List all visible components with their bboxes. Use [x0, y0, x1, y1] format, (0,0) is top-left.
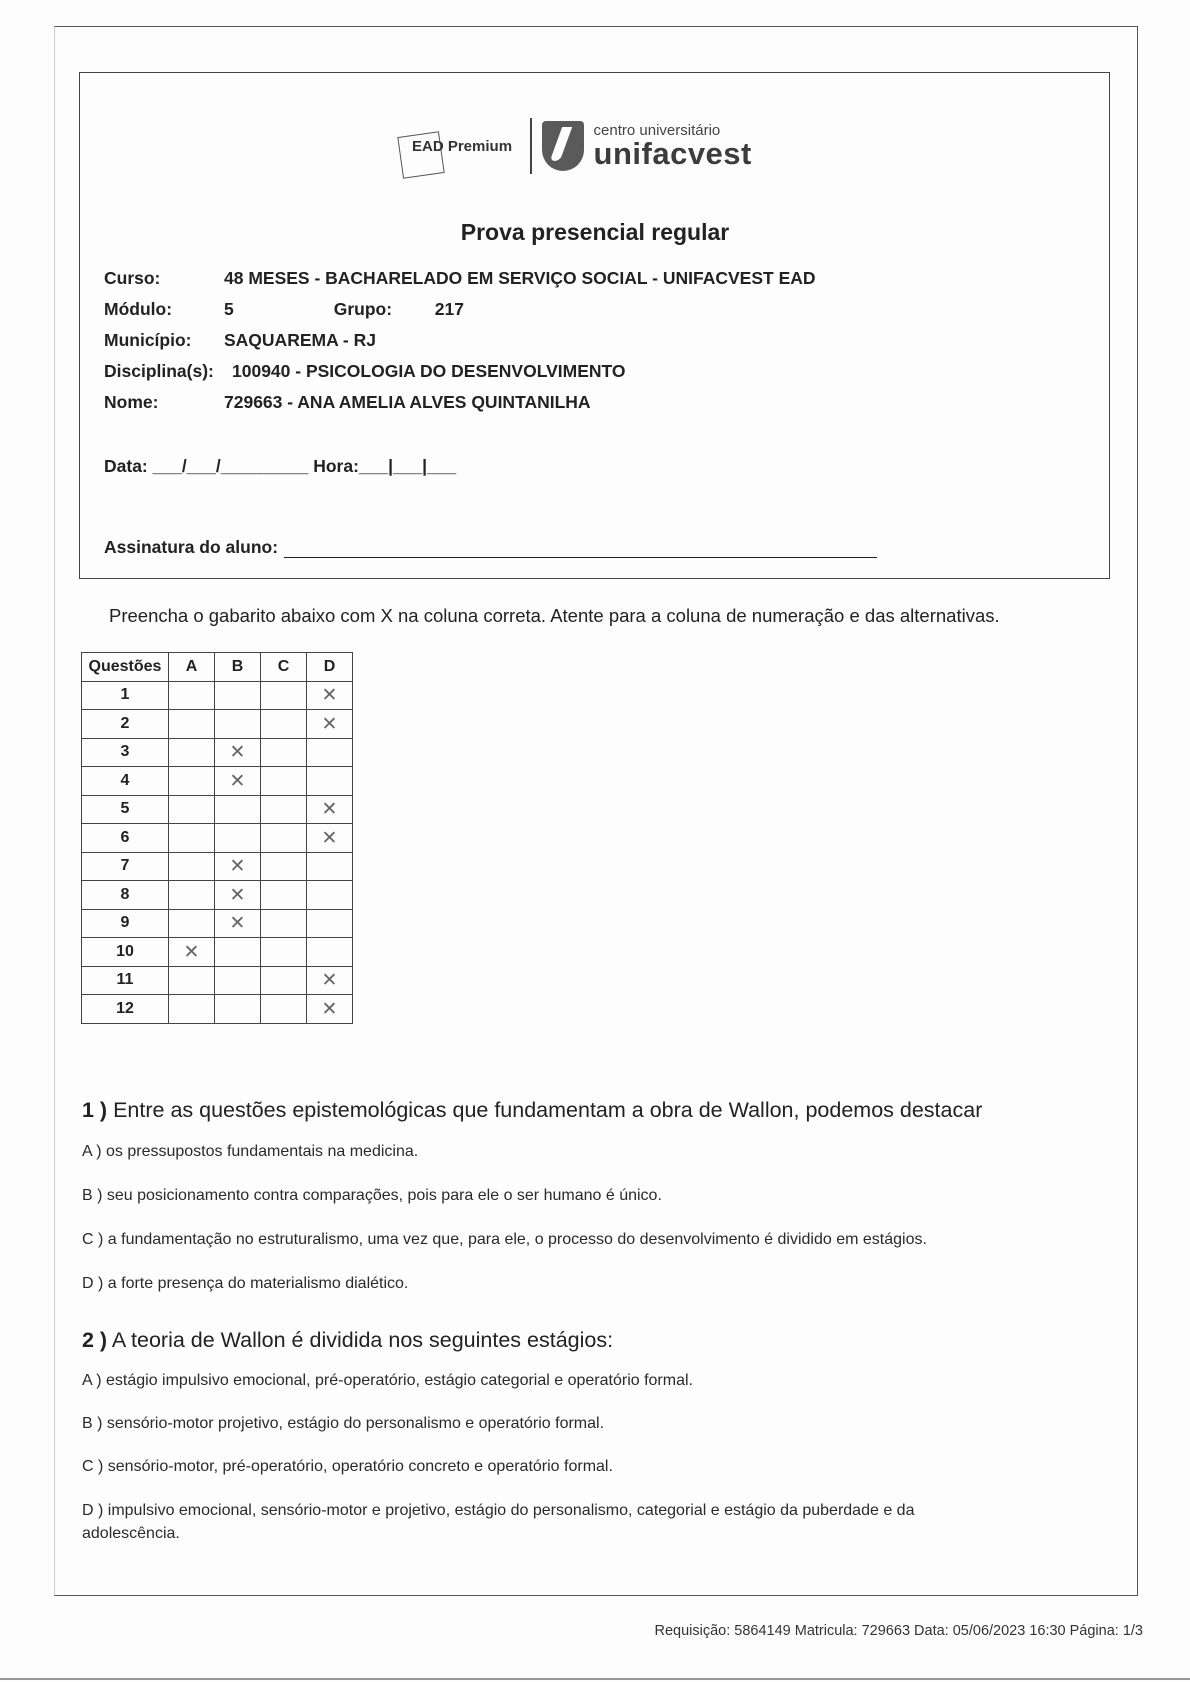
answer-cell-c[interactable] — [261, 710, 307, 739]
answer-cell-d[interactable] — [307, 767, 353, 796]
answer-cell-d[interactable]: ✕ — [307, 966, 353, 995]
curso-value: 48 MESES - BACHARELADO EM SERVIÇO SOCIAL… — [224, 268, 816, 299]
logo-divider — [530, 118, 532, 174]
answer-cell-b[interactable] — [215, 938, 261, 967]
answer-cell-a[interactable] — [169, 824, 215, 853]
x-mark-icon: ✕ — [230, 741, 246, 763]
answer-cell-d[interactable] — [307, 852, 353, 881]
modulo-value: 5 — [224, 299, 234, 330]
answer-cell-c[interactable] — [261, 966, 307, 995]
x-mark-icon: ✕ — [184, 941, 200, 963]
answer-cell-c[interactable] — [261, 852, 307, 881]
x-mark-icon: ✕ — [230, 855, 246, 877]
answer-cell-b[interactable] — [215, 966, 261, 995]
question-number: 10 — [82, 938, 169, 967]
header-b: B — [215, 653, 261, 682]
x-mark-icon: ✕ — [322, 798, 338, 820]
question-2-option-d-continued: adolescência. — [82, 1525, 180, 1543]
answer-cell-b[interactable] — [215, 824, 261, 853]
question-2-option-d: D ) impulsivo emocional, sensório-motor … — [82, 1502, 914, 1520]
question-2-number: 2 ) — [82, 1328, 107, 1352]
answer-cell-a[interactable] — [169, 795, 215, 824]
header-c: C — [261, 653, 307, 682]
answer-cell-c[interactable] — [261, 881, 307, 910]
x-mark-icon: ✕ — [322, 969, 338, 991]
municipio-value: SAQUAREMA - RJ — [224, 330, 376, 361]
answer-cell-d[interactable] — [307, 881, 353, 910]
ead-logo-text: EAD Premium — [412, 138, 512, 155]
question-number: 8 — [82, 881, 169, 910]
answer-cell-b[interactable] — [215, 681, 261, 710]
question-1: 1 ) Entre as questões epistemológicas qu… — [82, 1098, 982, 1123]
answer-cell-c[interactable] — [261, 909, 307, 938]
ead-premium-logo: EAD Premium — [398, 130, 518, 163]
x-mark-icon: ✕ — [322, 998, 338, 1020]
answer-row: 12✕ — [82, 995, 353, 1024]
disciplina-value: 100940 - PSICOLOGIA DO DESENVOLVIMENTO — [232, 361, 626, 392]
question-1-option-c: C ) a fundamentação no estruturalismo, u… — [82, 1231, 927, 1249]
signature-row: Assinatura do aluno: — [104, 537, 877, 558]
answer-cell-d[interactable] — [307, 938, 353, 967]
modulo-label: Módulo: — [104, 299, 224, 330]
answer-cell-d[interactable] — [307, 738, 353, 767]
question-2-option-a: A ) estágio impulsivo emocional, pré-ope… — [82, 1372, 693, 1390]
answer-row: 3✕ — [82, 738, 353, 767]
answer-cell-a[interactable] — [169, 738, 215, 767]
question-number: 7 — [82, 852, 169, 881]
answer-cell-a[interactable] — [169, 681, 215, 710]
answer-cell-c[interactable] — [261, 795, 307, 824]
answer-row: 7✕ — [82, 852, 353, 881]
grupo-value: 217 — [435, 299, 464, 330]
question-2: 2 ) A teoria de Wallon é dividida nos se… — [82, 1328, 613, 1353]
answer-cell-d[interactable]: ✕ — [307, 681, 353, 710]
answer-cell-d[interactable]: ✕ — [307, 824, 353, 853]
x-mark-icon: ✕ — [322, 713, 338, 735]
answer-cell-c[interactable] — [261, 824, 307, 853]
answer-cell-a[interactable] — [169, 909, 215, 938]
answer-cell-b[interactable] — [215, 995, 261, 1024]
answer-cell-a[interactable]: ✕ — [169, 938, 215, 967]
x-mark-icon: ✕ — [230, 912, 246, 934]
unifacvest-logo-text: centro universitário unifacvest — [594, 123, 752, 169]
answer-cell-b[interactable]: ✕ — [215, 738, 261, 767]
x-mark-icon: ✕ — [230, 770, 246, 792]
answer-cell-b[interactable]: ✕ — [215, 909, 261, 938]
question-1-option-b: B ) seu posicionamento contra comparaçõe… — [82, 1187, 662, 1205]
answer-row: 6✕ — [82, 824, 353, 853]
x-mark-icon: ✕ — [322, 684, 338, 706]
answer-cell-a[interactable] — [169, 767, 215, 796]
instruction-text: Preencha o gabarito abaixo com X na colu… — [109, 605, 1000, 627]
question-number: 11 — [82, 966, 169, 995]
answer-cell-a[interactable] — [169, 995, 215, 1024]
question-number: 4 — [82, 767, 169, 796]
answer-cell-c[interactable] — [261, 767, 307, 796]
bottom-rule — [0, 1678, 1190, 1680]
grupo-label: Grupo: — [334, 299, 435, 330]
answer-cell-d[interactable] — [307, 909, 353, 938]
nome-row: Nome: 729663 - ANA AMELIA ALVES QUINTANI… — [104, 392, 816, 423]
municipio-label: Município: — [104, 330, 224, 361]
nome-label: Nome: — [104, 392, 224, 423]
question-1-option-a: A ) os pressupostos fundamentais na medi… — [82, 1143, 418, 1161]
x-mark-icon: ✕ — [322, 827, 338, 849]
question-number: 3 — [82, 738, 169, 767]
header-a: A — [169, 653, 215, 682]
question-1-text: Entre as questões epistemológicas que fu… — [113, 1098, 982, 1122]
header-questoes: Questões — [82, 653, 169, 682]
answer-row: 2✕ — [82, 710, 353, 739]
unifacvest-shield-icon — [542, 121, 584, 171]
answer-sheet-header: Questões A B C D — [82, 653, 353, 682]
answer-cell-c[interactable] — [261, 938, 307, 967]
answer-cell-d[interactable]: ✕ — [307, 995, 353, 1024]
municipio-row: Município: SAQUAREMA - RJ — [104, 330, 816, 361]
answer-cell-d[interactable]: ✕ — [307, 710, 353, 739]
question-1-option-d: D ) a forte presença do materialismo dia… — [82, 1275, 408, 1293]
answer-cell-a[interactable] — [169, 852, 215, 881]
answer-row: 9✕ — [82, 909, 353, 938]
answer-cell-b[interactable]: ✕ — [215, 881, 261, 910]
student-info: Curso: 48 MESES - BACHARELADO EM SERVIÇO… — [104, 268, 816, 423]
answer-cell-b[interactable] — [215, 795, 261, 824]
disciplina-label: Disciplina(s): — [104, 361, 232, 392]
university-name: unifacvest — [594, 138, 752, 169]
answer-cell-c[interactable] — [261, 681, 307, 710]
answer-row: 5✕ — [82, 795, 353, 824]
answer-row: 4✕ — [82, 767, 353, 796]
answer-cell-b[interactable]: ✕ — [215, 767, 261, 796]
question-2-title: 2 ) A teoria de Wallon é dividida nos se… — [82, 1328, 613, 1353]
signature-line — [284, 539, 877, 558]
answer-cell-a[interactable] — [169, 881, 215, 910]
document-title: Prova presencial regular — [0, 219, 1190, 246]
question-number: 1 — [82, 681, 169, 710]
answer-cell-a[interactable] — [169, 710, 215, 739]
question-number: 12 — [82, 995, 169, 1024]
answer-cell-c[interactable] — [261, 995, 307, 1024]
question-1-title: 1 ) Entre as questões epistemológicas qu… — [82, 1098, 982, 1123]
nome-value: 729663 - ANA AMELIA ALVES QUINTANILHA — [224, 392, 591, 423]
signature-label: Assinatura do aluno: — [104, 537, 278, 558]
answer-cell-b[interactable] — [215, 710, 261, 739]
question-number: 5 — [82, 795, 169, 824]
disciplina-row: Disciplina(s): 100940 - PSICOLOGIA DO DE… — [104, 361, 816, 392]
answer-cell-d[interactable]: ✕ — [307, 795, 353, 824]
question-number: 6 — [82, 824, 169, 853]
curso-row: Curso: 48 MESES - BACHARELADO EM SERVIÇO… — [104, 268, 816, 299]
answer-cell-a[interactable] — [169, 966, 215, 995]
x-mark-icon: ✕ — [230, 884, 246, 906]
answer-row: 1✕ — [82, 681, 353, 710]
modulo-row: Módulo: 5 Grupo: 217 — [104, 299, 816, 330]
answer-row: 10✕ — [82, 938, 353, 967]
question-number: 9 — [82, 909, 169, 938]
answer-sheet-table: Questões A B C D 1✕2✕3✕4✕5✕6✕7✕8✕9✕10✕11… — [81, 652, 353, 1024]
question-number: 2 — [82, 710, 169, 739]
question-2-option-b: B ) sensório-motor projetivo, estágio do… — [82, 1415, 604, 1433]
answer-row: 11✕ — [82, 966, 353, 995]
footer-requisition: Requisição: 5864149 Matricula: 729663 Da… — [654, 1623, 1143, 1639]
question-2-option-c: C ) sensório-motor, pré-operatório, oper… — [82, 1458, 613, 1476]
answer-row: 8✕ — [82, 881, 353, 910]
question-2-text: A teoria de Wallon é dividida nos seguin… — [112, 1328, 613, 1352]
curso-label: Curso: — [104, 268, 224, 299]
answer-cell-c[interactable] — [261, 738, 307, 767]
date-time-field: Data: ___/___/_________ Hora:___|___|___ — [104, 456, 456, 477]
logo-row: EAD Premium centro universitário unifacv… — [398, 116, 752, 176]
answer-cell-b[interactable]: ✕ — [215, 852, 261, 881]
header-d: D — [307, 653, 353, 682]
question-1-number: 1 ) — [82, 1098, 107, 1122]
